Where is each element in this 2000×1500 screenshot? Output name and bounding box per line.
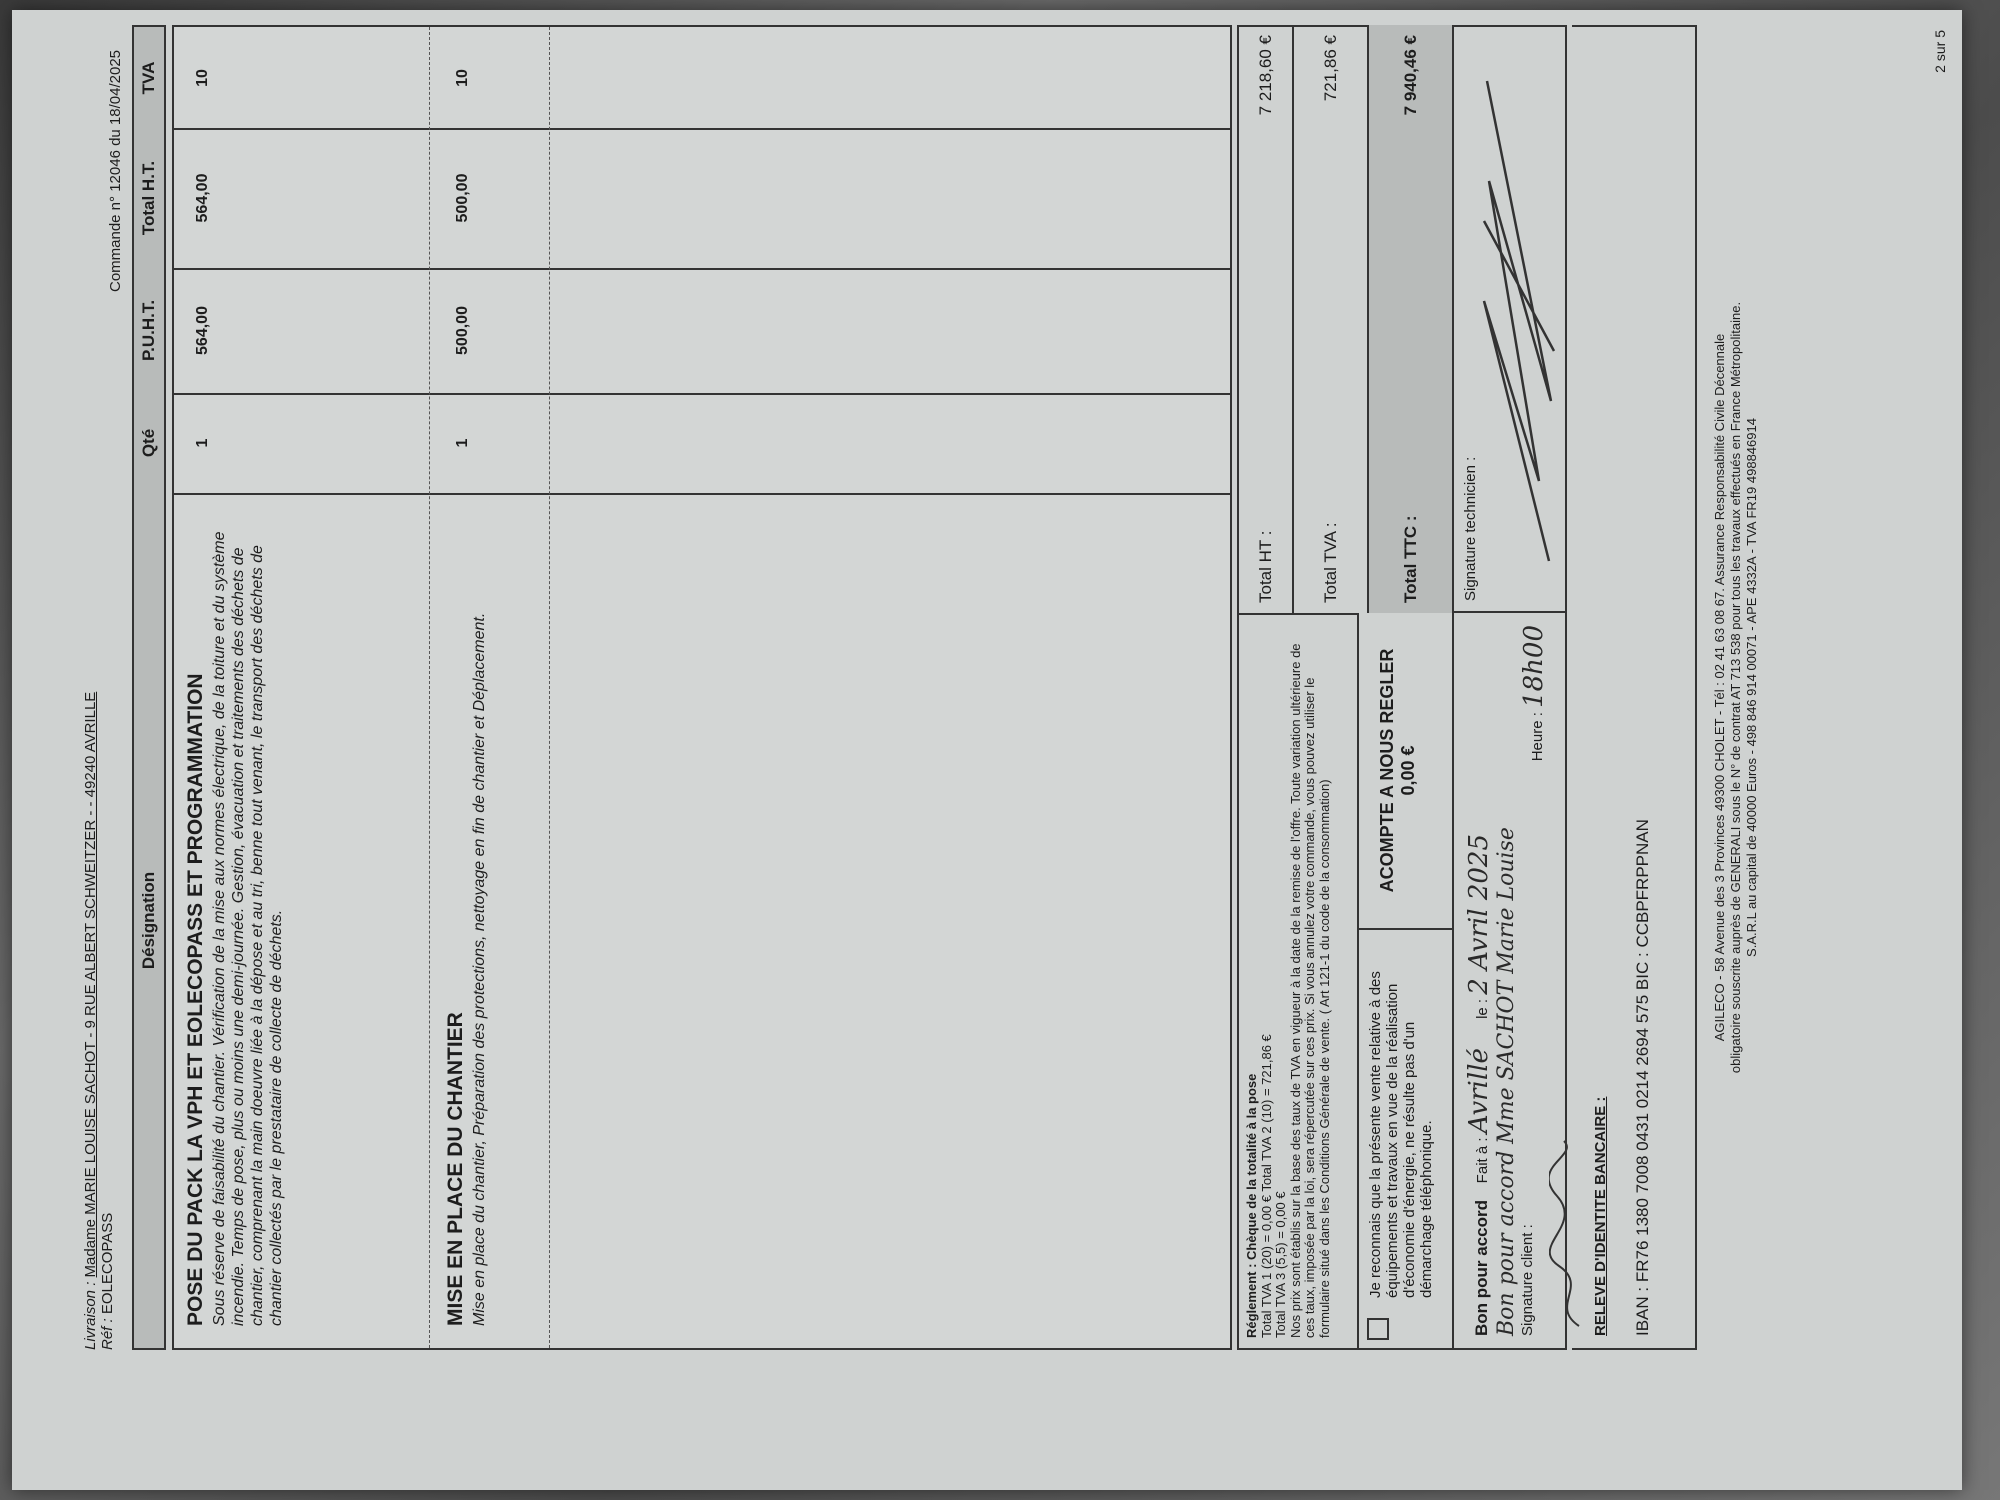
col-total-ht: Total H.T.	[139, 128, 159, 268]
date-label: le :	[1474, 999, 1491, 1019]
date-value: 2 Avril 2025	[1464, 834, 1494, 995]
total-ht-value: 7 218,60 €	[1256, 35, 1276, 115]
total-tva-value: 721,86 €	[1321, 35, 1341, 101]
items-table: POSE DU PACK LA VPH ET EOLECOPASS ET PRO…	[172, 25, 1232, 1350]
rib-title: RELEVE D'IDENTITE BANCAIRE :	[1592, 39, 1609, 1336]
table-row: MISE EN PLACE DU CHANTIER Mise en place …	[434, 27, 554, 1348]
item-total-ht: 500,00	[434, 128, 554, 268]
tva-line-2: Total TVA 3 (5,5) = 0,00 €	[1274, 625, 1289, 1338]
footer-line-3: S.A.R.L au capital de 40000 Euros - 498 …	[1744, 25, 1760, 1350]
item-tva: 10	[174, 28, 424, 128]
footer-line-1: AGILECO - 58 Avenue des 3 Provinces 4930…	[1712, 25, 1728, 1350]
item-tva: 10	[434, 28, 554, 128]
deposit-label: ACOMPTE A NOUS REGLER	[1377, 613, 1398, 928]
livraison-address: Madame MARIE LOUISE SACHOT - 9 RUE ALBER…	[82, 692, 99, 1278]
col-tva: TVA	[139, 28, 159, 128]
total-ttc-value: 7 940,46 €	[1401, 35, 1421, 115]
table-row: POSE DU PACK LA VPH ET EOLECOPASS ET PRO…	[174, 27, 424, 1348]
livraison-label: Livraison :	[82, 1282, 99, 1350]
col-puht: P.U.H.T.	[139, 268, 159, 393]
order-number: Commande n° 12046 du 18/04/2025	[107, 50, 124, 292]
tva-line-1: Total TVA 1 (20) = 0,00 € Total TVA 2 (1…	[1260, 625, 1275, 1338]
fait-label: Fait à :	[1474, 1137, 1491, 1183]
col-qte: Qté	[139, 393, 159, 493]
acknowledgement: Je reconnais que la présente vente relat…	[1359, 928, 1454, 1348]
total-ht-label: Total HT :	[1256, 531, 1276, 603]
ref-label: Réf :	[99, 1318, 116, 1350]
bank-details: RELEVE D'IDENTITE BANCAIRE : IBAN : FR76…	[1572, 25, 1697, 1350]
heure-label: Heure :	[1529, 712, 1546, 761]
total-ht-row: Total HT : 7 218,60 €	[1239, 25, 1294, 613]
item-description: Mise en place du chantier, Préparation d…	[470, 523, 489, 1326]
item-qte: 1	[434, 393, 554, 493]
technician-signature-icon	[1479, 41, 1559, 601]
col-designation: Désignation	[139, 493, 159, 1348]
table-header: Désignation Qté P.U.H.T. Total H.T. TVA	[132, 25, 166, 1350]
summary-block: Réglement : Chèque de la totalité à la p…	[1237, 25, 1567, 1350]
total-ttc-row: Total TTC : 7 940,46 €	[1369, 25, 1454, 613]
item-total-ht: 564,00	[174, 128, 424, 268]
payment-terms: Réglement : Chèque de la totalité à la p…	[1239, 613, 1359, 1348]
reglement-title: Réglement : Chèque de la totalité à la p…	[1244, 1074, 1259, 1338]
page-number: 2 sur 5	[1932, 30, 1948, 73]
item-puht: 500,00	[434, 268, 554, 393]
company-footer: AGILECO - 58 Avenue des 3 Provinces 4930…	[1712, 25, 1760, 1350]
footer-line-2: obligatoire souscrite auprès de GENERALI…	[1728, 25, 1744, 1350]
approval-block: Bon pour accord Fait à : Avrillé le : 2 …	[1454, 613, 1569, 1348]
deposit-value: 0,00 €	[1398, 613, 1419, 928]
item-puht: 564,00	[174, 268, 424, 393]
order-document-page: Livraison : Madame MARIE LOUISE SACHOT -…	[12, 10, 1962, 1490]
totals-block: Total HT : 7 218,60 € Total TVA : 721,86…	[1239, 25, 1454, 613]
deposit-box: ACOMPTE A NOUS REGLER 0,00 €	[1359, 613, 1454, 928]
item-title: MISE EN PLACE DU CHANTIER	[444, 523, 468, 1326]
ref-value: EOLECOPASS	[99, 1213, 116, 1314]
approval-title: Bon pour accord	[1472, 1200, 1491, 1336]
acknowledgement-checkbox[interactable]	[1367, 1318, 1389, 1340]
acknowledgement-text: Je reconnais que la présente vente relat…	[1367, 940, 1435, 1298]
fait-value: Avrillé	[1464, 1048, 1494, 1133]
item-description: Sous réserve de faisabilité du chantier.…	[210, 523, 286, 1326]
total-ttc-label: Total TTC :	[1401, 516, 1421, 604]
total-tva-label: Total TVA :	[1321, 522, 1341, 603]
iban: IBAN : FR76 1380 7008 0431 0214 2694 575…	[1633, 39, 1653, 1336]
item-qte: 1	[174, 393, 424, 493]
technician-signature-label: Signature technicien :	[1462, 35, 1479, 601]
heure-value: 18h00	[1519, 625, 1549, 708]
handwritten-approval: Bon pour accord Mme SACHOT Marie Louise	[1494, 625, 1519, 1336]
client-signature-label: Signature client :	[1519, 1224, 1549, 1336]
item-title: POSE DU PACK LA VPH ET EOLECOPASS ET PRO…	[184, 523, 208, 1326]
total-tva-row: Total TVA : 721,86 €	[1294, 25, 1369, 613]
technician-signature-block: Signature technicien :	[1454, 25, 1567, 613]
delivery-header: Livraison : Madame MARIE LOUISE SACHOT -…	[82, 692, 116, 1350]
tva-notice: Nos prix sont établis sur la base des ta…	[1289, 625, 1333, 1338]
